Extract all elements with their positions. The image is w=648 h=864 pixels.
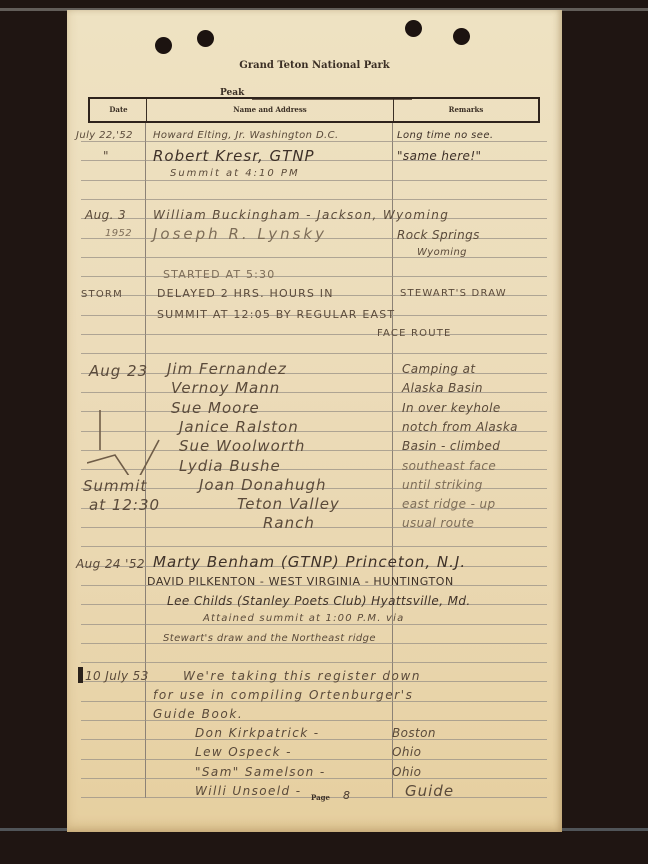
entry-remark: Stewart's Draw [400, 288, 507, 299]
entry-date: 1952 [105, 228, 132, 239]
signer-name: "Sam" Samelson - [195, 765, 326, 779]
entry-name: William Buckingham - Jackson, Wyoming [153, 208, 449, 222]
entry-line: Guide Book. [153, 707, 243, 721]
header-date: Date [90, 105, 147, 114]
ruled-line [81, 141, 547, 142]
entry-note: Started at 5:30 [163, 268, 275, 281]
entry-name: Lydia Bushe [179, 457, 281, 475]
header-name: Name and Address [147, 105, 393, 114]
entry-summit-note: Summit [83, 477, 147, 495]
entry-line: We're taking this register down [183, 669, 421, 683]
entry-line: Stewart's draw and the Northeast ridge [163, 633, 376, 644]
entry-remark: southeast face [402, 459, 496, 473]
ruled-line [81, 624, 547, 625]
entry-name: Joseph R. Lynsky [153, 225, 327, 243]
entry-remark: east ridge - up [402, 497, 496, 511]
signer-name: Willi Unsoeld - [195, 784, 301, 798]
entry-remark: Alaska Basin [402, 381, 483, 395]
entry-remark: "same here!" [397, 149, 481, 163]
ruled-line [81, 720, 547, 721]
entry-note: Summit at 12:05 by regular east [157, 308, 395, 321]
signer-place: Ohio [392, 745, 421, 759]
entry-remark: In over keyhole [402, 401, 501, 415]
signer-name: Don Kirkpatrick - [195, 726, 320, 740]
entry-name: Ranch [263, 514, 315, 532]
ruled-line [81, 373, 547, 374]
punch-hole-icon [197, 30, 214, 47]
entry-remark: until striking [402, 478, 483, 492]
page-number: 8 [343, 789, 350, 802]
entry-line: David Pilkenton - West Virginia - Huntin… [147, 575, 454, 588]
entry-remark: Rock Springs [397, 228, 480, 242]
entry-date: " [103, 149, 109, 163]
entry-name: Howard Elting, Jr. Washington D.C. [153, 130, 339, 141]
entry-date: Aug 24 '52 [76, 557, 145, 571]
entry-line: Lee Childs (Stanley Poets Club) Hyattsvi… [167, 594, 471, 608]
entry-date: Aug. 3 [85, 208, 126, 222]
entry-name: Jim Fernandez [167, 360, 287, 378]
ruled-line [81, 180, 547, 181]
signer-place: Guide [405, 782, 454, 800]
entry-remark: Wyoming [417, 247, 467, 258]
entry-remark: Camping at [402, 362, 475, 376]
page-label: Page [311, 793, 330, 802]
entry-summit-note: at 12:30 [89, 496, 160, 514]
entry-name: Teton Valley [237, 495, 340, 513]
signer-place: Boston [392, 726, 436, 740]
park-title: Grand Teton National Park [67, 60, 562, 71]
ruled-line [81, 759, 547, 760]
route-sketch-icon [87, 405, 167, 475]
entry-date: July 22,'52 [76, 130, 133, 141]
entry-date: 10 July 53 [85, 669, 149, 683]
ruled-line [81, 546, 547, 547]
signer-place: Ohio [392, 765, 421, 779]
entry-remark: usual route [402, 516, 474, 530]
entry-remark: Basin - climbed [402, 439, 500, 453]
entry-remark: Face route [377, 328, 452, 339]
ruled-line [81, 257, 547, 258]
punch-hole-icon [155, 37, 172, 54]
entry-name: Sue Moore [171, 399, 260, 417]
punch-hole-icon [405, 20, 422, 37]
entry-note: Delayed 2 hrs. hours in [157, 287, 334, 300]
entry-date: Aug 23 [89, 362, 148, 380]
register-page: Grand Teton National Park Peak Date Name… [67, 10, 562, 832]
entry-name: Sue Woolworth [179, 437, 305, 455]
entry-remark: Long time no see. [397, 130, 493, 141]
entry-name: Joan Donahugh [199, 476, 327, 494]
ruled-line [81, 276, 547, 277]
ruled-line [81, 662, 547, 663]
header-remarks: Remarks [393, 105, 539, 114]
entry-remark: notch from Alaska [402, 420, 518, 434]
entry-note: Summit at 4:10 PM [170, 168, 300, 179]
table-header: Date Name and Address Remarks [88, 97, 540, 123]
entry-line: for use in compiling Ortenburger's [153, 688, 414, 702]
entry-name: Vernoy Mann [171, 379, 280, 397]
ruled-line [81, 334, 547, 335]
entry-line: Attained summit at 1:00 P.M. via [203, 613, 404, 624]
entry-name: Janice Ralston [179, 418, 299, 436]
ruled-line [81, 353, 547, 354]
signer-name: Lew Ospeck - [195, 745, 292, 759]
ruled-line [81, 199, 547, 200]
entry-line: Marty Benham (GTNP) Princeton, N.J. [153, 553, 466, 571]
entry-date: Storm [81, 289, 123, 300]
punch-hole-icon [453, 28, 470, 45]
margin-mark-icon [78, 667, 83, 683]
entry-name: Robert Kresr, GTNP [153, 147, 315, 165]
